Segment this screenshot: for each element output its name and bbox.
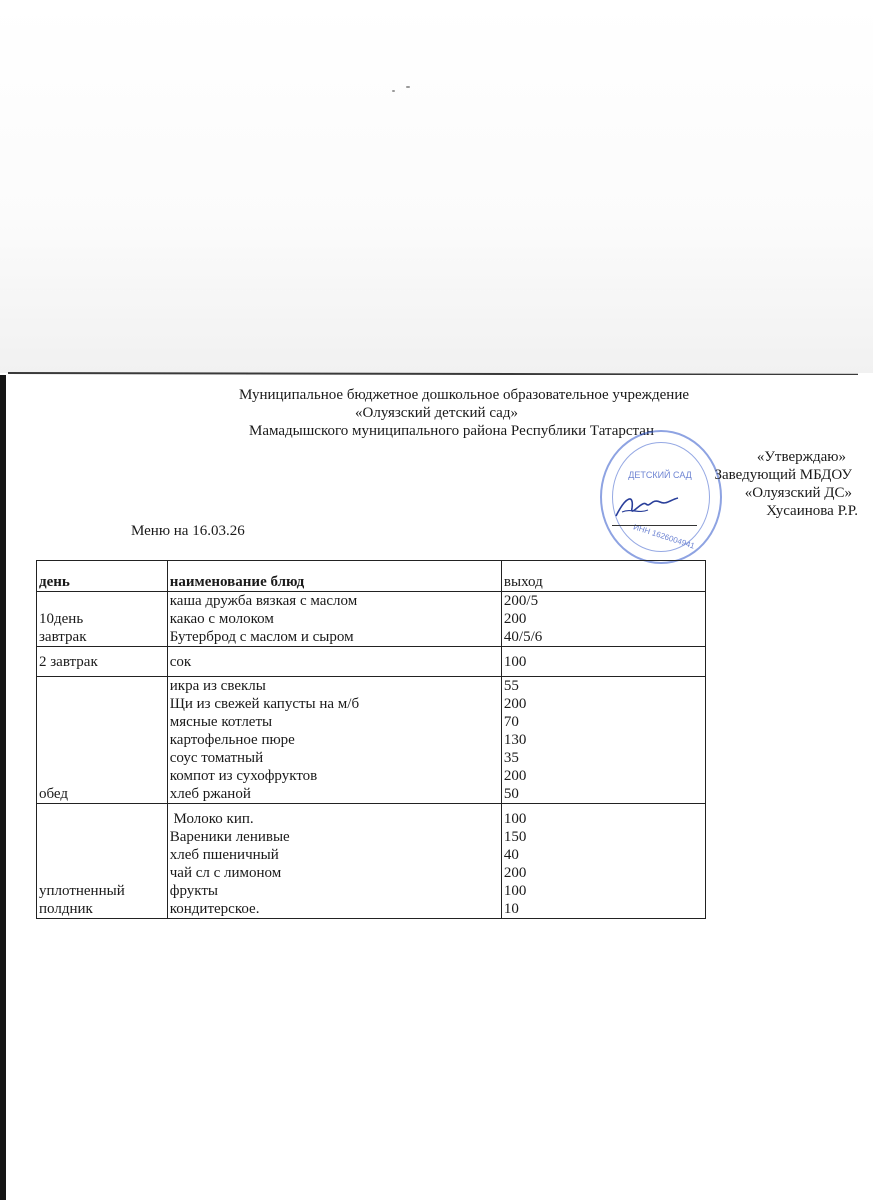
dish: Щи из свежей капусты на м/б (170, 695, 499, 713)
dish: сок (170, 653, 499, 671)
output-value: 200 (504, 767, 703, 785)
table-row-afternoon-snack: уплотненный полдник Молоко кип. Вареники… (37, 804, 706, 919)
dish: какао с молоком (170, 610, 499, 628)
output-value: 200 (504, 695, 703, 713)
output-value: 50 (504, 785, 703, 803)
dishes-cell: икра из свеклы Щи из свежей капусты на м… (167, 677, 501, 804)
output-value: 150 (504, 828, 703, 846)
table-row-lunch: обед икра из свеклы Щи из свежей капусты… (37, 677, 706, 804)
dish: компот из сухофруктов (170, 767, 499, 785)
dish: картофельное пюре (170, 731, 499, 749)
column-header-day: день (37, 561, 168, 592)
meal-label: обед (39, 785, 165, 803)
institution-header: Муниципальное бюджетное дошкольное образ… (0, 386, 873, 440)
scan-speck (406, 86, 410, 88)
approval-line-3: «Олуязский ДС» (618, 484, 858, 502)
dishes-cell: Молоко кип. Вареники ленивые хлеб пшенич… (167, 804, 501, 919)
dish: хлеб ржаной (170, 785, 499, 803)
dishes-cell: сок (167, 647, 501, 677)
scan-top-margin (0, 0, 873, 373)
dish: Молоко кип. (170, 810, 499, 828)
table-row-second-breakfast: 2 завтрак сок 100 (37, 647, 706, 677)
menu-table: день наименование блюд выход 10день завт… (36, 560, 706, 919)
output-value: 200 (504, 864, 703, 882)
dish: каша дружба вязкая с маслом (170, 592, 499, 610)
approval-line-4: Хусаинова Р.Р. (618, 502, 858, 520)
day-cell: 2 завтрак (37, 647, 168, 677)
output-value: 200/5 (504, 592, 703, 610)
day-cell: 10день завтрак (37, 592, 168, 647)
column-header-output: выход (501, 561, 705, 592)
dish: чай сл с лимоном (170, 864, 499, 882)
approval-line-2: Заведующий МБДОУ (618, 466, 858, 484)
output-value: 70 (504, 713, 703, 731)
outputs-cell: 200/5 200 40/5/6 (501, 592, 705, 647)
table-header-row: день наименование блюд выход (37, 561, 706, 592)
signature-line (612, 525, 697, 526)
dish: Бутерброд с маслом и сыром (170, 628, 499, 646)
column-header-dish: наименование блюд (167, 561, 501, 592)
output-value: 55 (504, 677, 703, 695)
output-value: 35 (504, 749, 703, 767)
meal-label: полдник (39, 900, 165, 918)
meal-label: 2 завтрак (39, 653, 165, 671)
meal-label: завтрак (39, 628, 165, 646)
meal-label: уплотненный (39, 882, 165, 900)
dish: кондитерское. (170, 900, 499, 918)
output-value: 200 (504, 610, 703, 628)
dishes-cell: каша дружба вязкая с маслом какао с моло… (167, 592, 501, 647)
day-cell: обед (37, 677, 168, 804)
day-cell: уплотненный полдник (37, 804, 168, 919)
outputs-cell: 55 200 70 130 35 200 50 (501, 677, 705, 804)
output-value: 40 (504, 846, 703, 864)
scan-speck (392, 90, 395, 92)
header-line-2: «Олуязский детский сад» (0, 404, 873, 422)
dish: мясные котлеты (170, 713, 499, 731)
output-value: 130 (504, 731, 703, 749)
dish: хлеб пшеничный (170, 846, 499, 864)
output-value: 10 (504, 900, 703, 918)
header-line-1: Муниципальное бюджетное дошкольное образ… (0, 386, 873, 404)
dish: фрукты (170, 882, 499, 900)
header-line-3: Мамадышского муниципального района Респу… (0, 422, 873, 440)
table-row-breakfast: 10день завтрак каша дружба вязкая с масл… (37, 592, 706, 647)
day-label: 10день (39, 610, 165, 628)
menu-title: Меню на 16.03.26 (131, 523, 245, 540)
dish: соус томатный (170, 749, 499, 767)
approval-line-1: «Утверждаю» (618, 448, 858, 466)
outputs-cell: 100 150 40 200 100 10 (501, 804, 705, 919)
output-value: 100 (504, 882, 703, 900)
output-value: 100 (504, 810, 703, 828)
output-value: 40/5/6 (504, 628, 703, 646)
outputs-cell: 100 (501, 647, 705, 677)
output-value: 100 (504, 653, 703, 671)
dish: икра из свеклы (170, 677, 499, 695)
dish: Вареники ленивые (170, 828, 499, 846)
approval-block: «Утверждаю» Заведующий МБДОУ «Олуязский … (618, 448, 858, 520)
